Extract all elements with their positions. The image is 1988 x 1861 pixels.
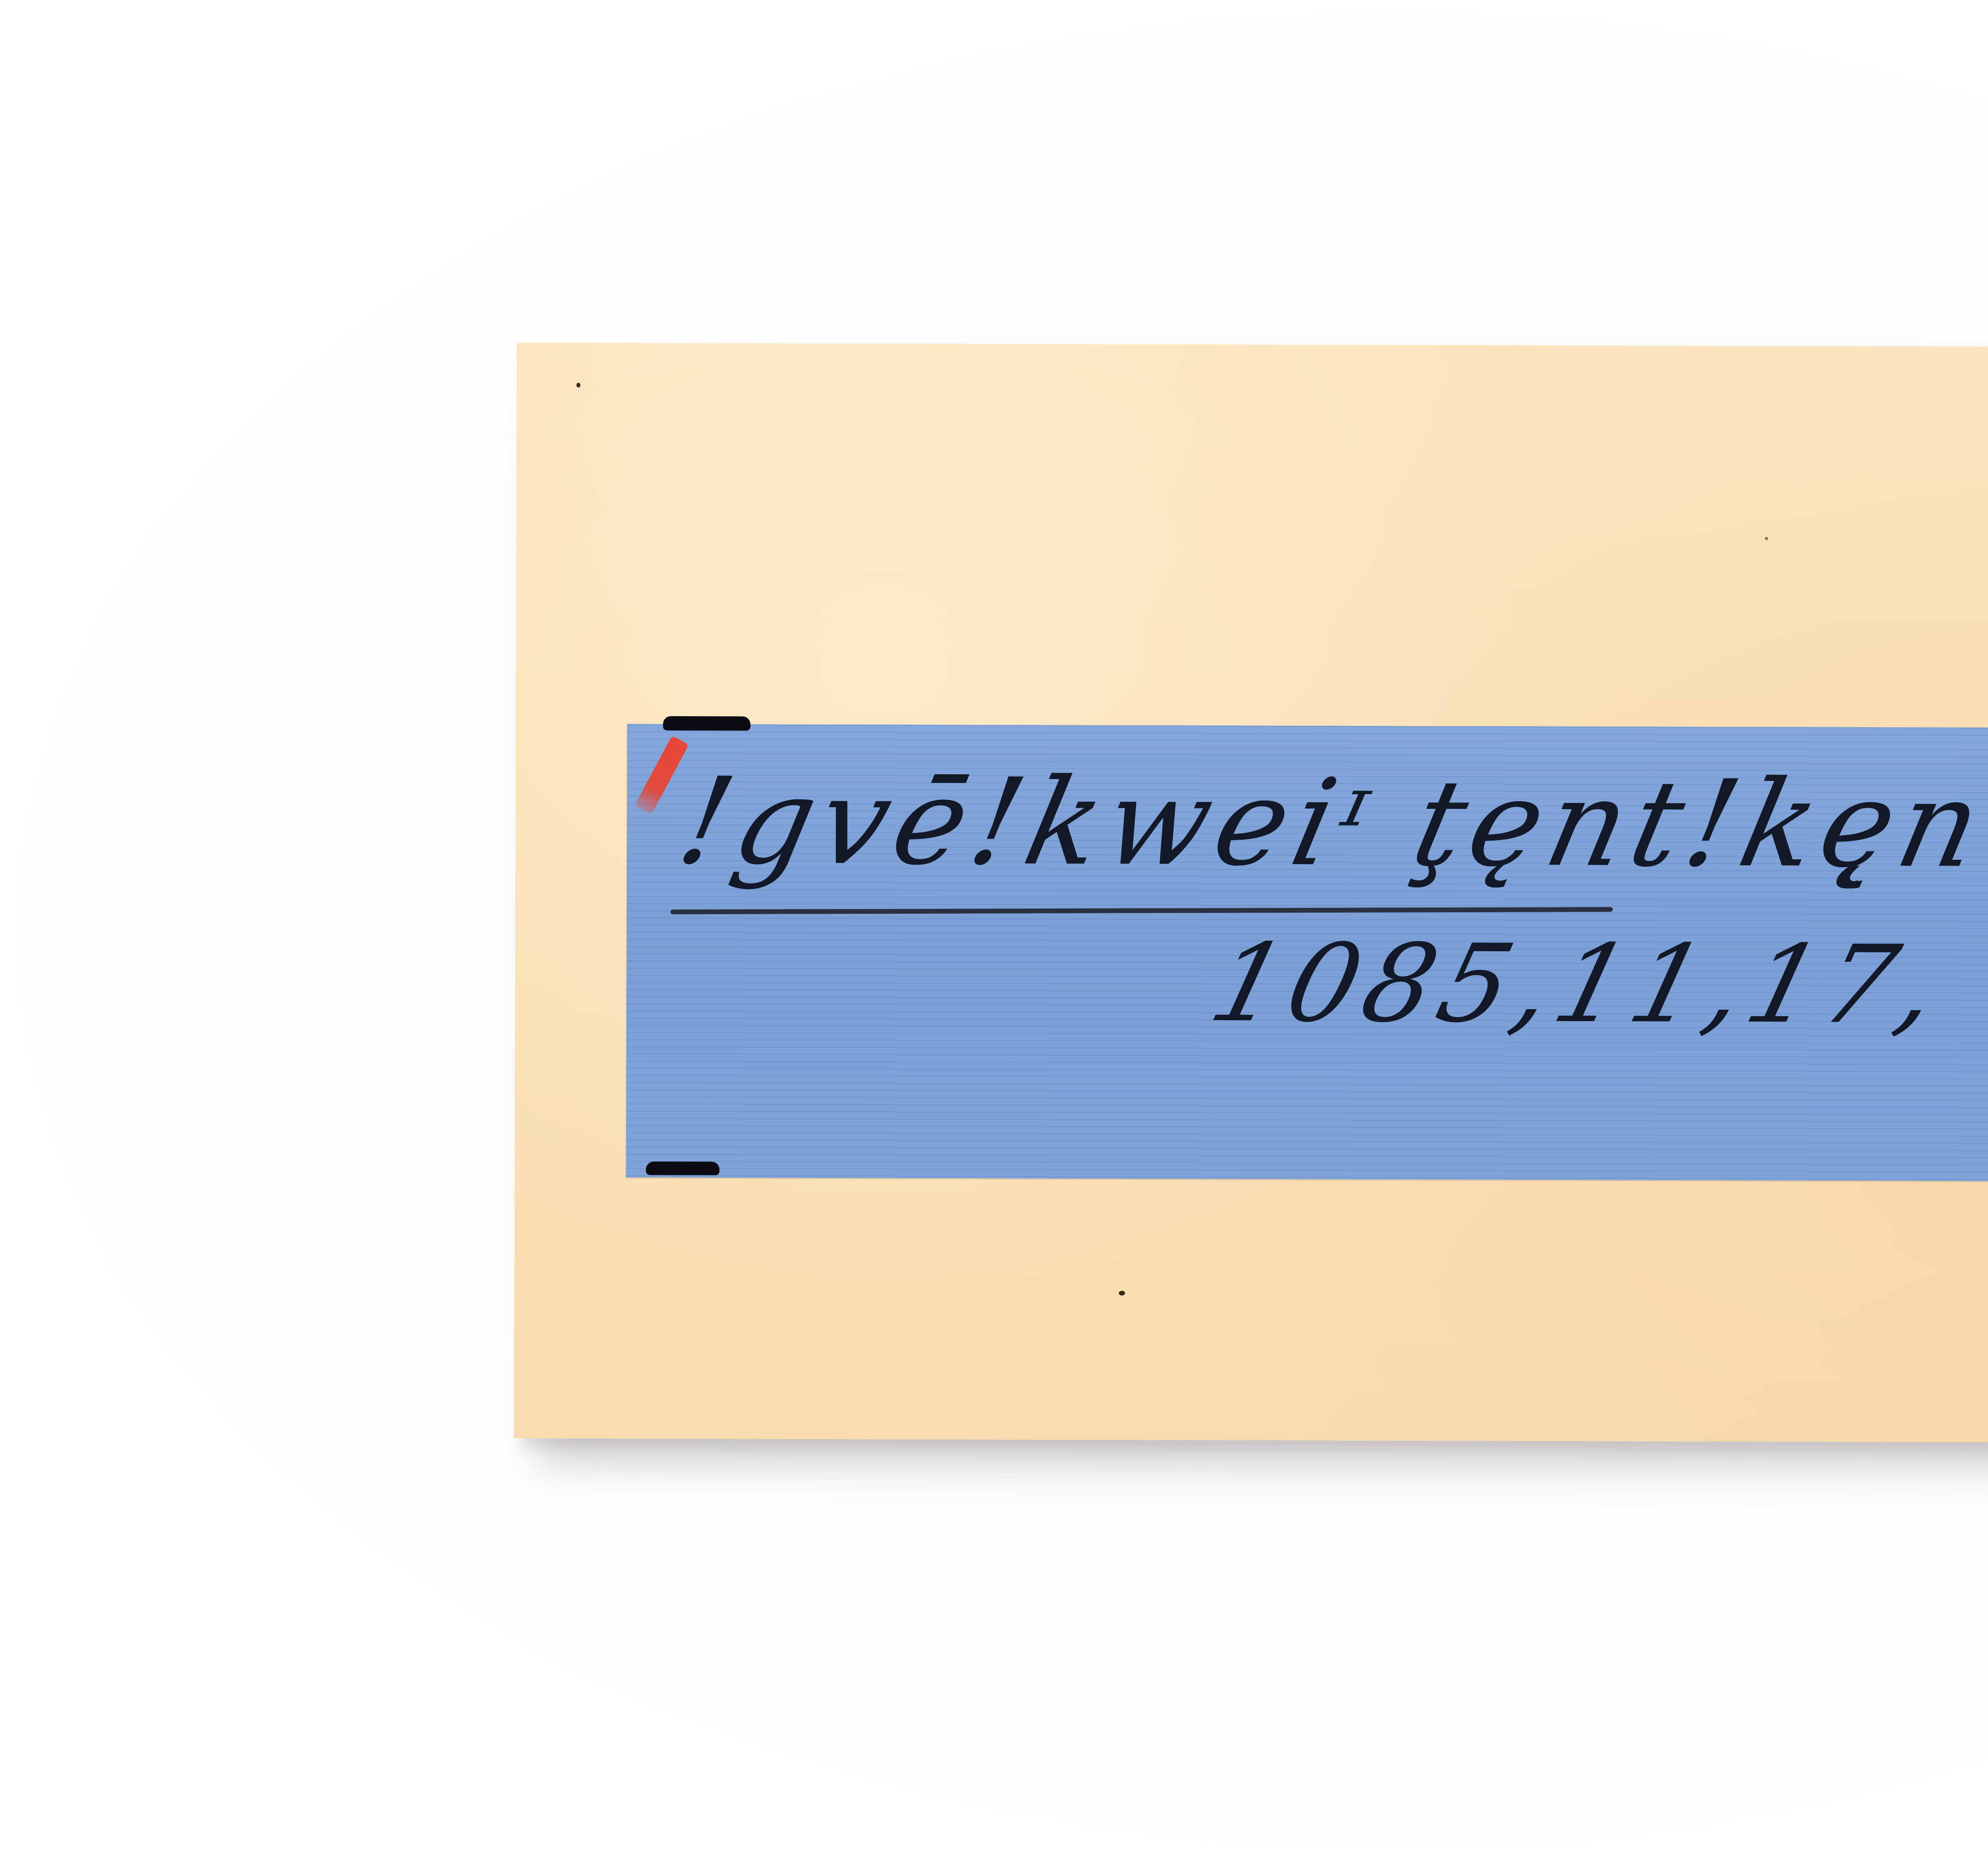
handwritten-underline [670,907,1613,914]
paper-speck [1765,537,1768,540]
paper-speck [1119,1291,1125,1296]
paper-speck [577,383,580,387]
blue-slip: !gvē!kweiᶦ ţęnt!kę̨n 1085,11,17, [626,724,1988,1182]
red-pencil-mark [635,736,689,815]
handwritten-number: 1085,11,17, [1199,921,1958,1048]
bottom-tab-mark [646,1162,720,1175]
top-tab-mark [663,716,750,731]
handwritten-word: !gvē!kweiᶦ ţęnt!kę̨n [668,752,1988,894]
mounting-card: !gvē!kweiᶦ ţęnt!kę̨n 1085,11,17, [514,343,1988,1443]
